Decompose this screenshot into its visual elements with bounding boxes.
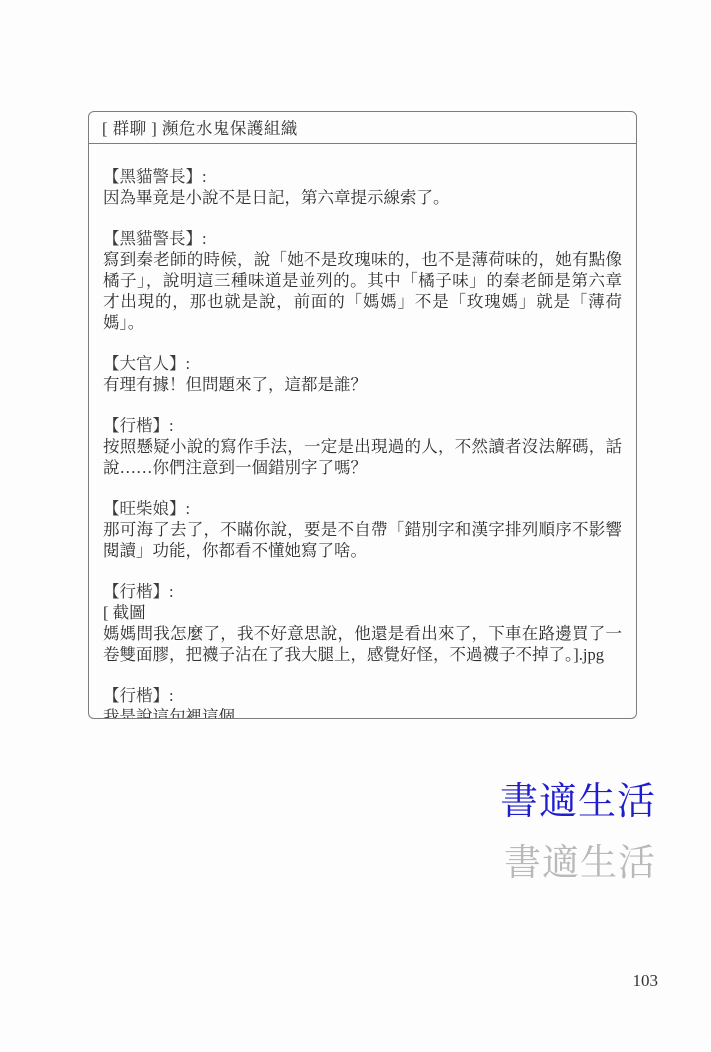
message-speaker: 【旺柴娘】: xyxy=(103,498,622,519)
message-speaker: 【行楷】: xyxy=(103,581,622,602)
watermark-blue: 書適生活 xyxy=(500,781,656,823)
message-text: [ 截圖 媽媽問我怎麼了，我不好意思說，他還是看出來了，下車在路邊買了一卷雙面膠… xyxy=(103,602,622,665)
chat-header-title: [ 群聊 ] 瀕危水鬼保護組織 xyxy=(89,112,636,144)
group-chat-box: [ 群聊 ] 瀕危水鬼保護組織 【黑貓警長】: 因為畢竟是小說不是日記，第六章提… xyxy=(88,111,637,719)
book-page: [ 群聊 ] 瀕危水鬼保護組織 【黑貓警長】: 因為畢竟是小說不是日記，第六章提… xyxy=(0,0,711,1052)
message-text: 按照懸疑小說的寫作手法，一定是出現過的人，不然讀者沒法解碼，話說……你們注意到一… xyxy=(103,436,622,478)
chat-message: 【黑貓警長】: 寫到秦老師的時候，說「她不是玫瑰味的，也不是薄荷味的，她有點像橘… xyxy=(103,228,622,333)
message-text: 那可海了去了，不瞞你說，要是不自帶「錯別字和漢字排列順序不影響閱讀」功能，你都看… xyxy=(103,519,622,561)
page-number: 103 xyxy=(633,971,659,991)
message-text: 我是說這句裡這個。 xyxy=(103,706,622,719)
message-speaker: 【大官人】: xyxy=(103,353,622,374)
chat-message: 【旺柴娘】: 那可海了去了，不瞞你說，要是不自帶「錯別字和漢字排列順序不影響閱讀… xyxy=(103,498,622,561)
watermark-gray: 書適生活 xyxy=(504,843,656,885)
chat-message-list: 【黑貓警長】: 因為畢竟是小說不是日記，第六章提示線索了。 【黑貓警長】: 寫到… xyxy=(89,144,636,719)
chat-message: 【行楷】: 按照懸疑小說的寫作手法，一定是出現過的人，不然讀者沒法解碼，話說……… xyxy=(103,415,622,478)
message-speaker: 【黑貓警長】: xyxy=(103,228,622,249)
message-text: 因為畢竟是小說不是日記，第六章提示線索了。 xyxy=(103,187,622,208)
chat-message: 【黑貓警長】: 因為畢竟是小說不是日記，第六章提示線索了。 xyxy=(103,166,622,208)
message-speaker: 【黑貓警長】: xyxy=(103,166,622,187)
message-text: 有理有據！但問題來了，這都是誰？ xyxy=(103,374,622,395)
message-speaker: 【行楷】: xyxy=(103,685,622,706)
chat-message: 【行楷】: [ 截圖 媽媽問我怎麼了，我不好意思說，他還是看出來了，下車在路邊買… xyxy=(103,581,622,665)
chat-message: 【大官人】: 有理有據！但問題來了，這都是誰？ xyxy=(103,353,622,395)
chat-message: 【行楷】: 我是說這句裡這個。 xyxy=(103,685,622,719)
message-speaker: 【行楷】: xyxy=(103,415,622,436)
message-text: 寫到秦老師的時候，說「她不是玫瑰味的，也不是薄荷味的，她有點像橘子」，說明這三種… xyxy=(103,249,622,333)
